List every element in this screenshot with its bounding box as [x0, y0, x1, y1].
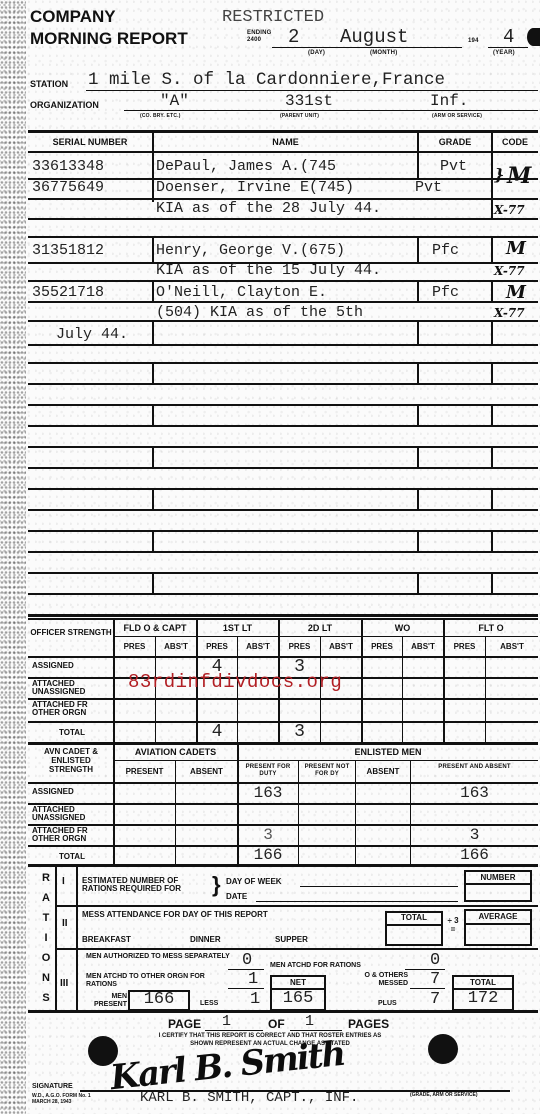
row-label-total: TOTAL [32, 729, 112, 737]
of-label: OF [268, 1017, 285, 1031]
entry-code: M [506, 282, 526, 303]
row-rule [28, 425, 538, 427]
row-rule [28, 236, 538, 238]
section-iii-numeral: III [60, 978, 68, 989]
em-total-present-for-duty: 166 [238, 846, 298, 864]
subheader-present-for-duty: PRESENT FOR DUTY [238, 764, 298, 778]
date-label: DATE [226, 893, 247, 901]
subheader-abst: ABS'T [156, 643, 196, 651]
row-rule [28, 509, 538, 511]
pages-field [290, 1030, 342, 1031]
row-label-assigned: ASSIGNED [32, 788, 112, 796]
section-ii-numeral: II [62, 918, 68, 929]
mess-attendance-label: MESS ATTENDANCE FOR DAY OF THIS REPORT [82, 911, 268, 919]
attached-rations-value: 0 [430, 951, 440, 970]
row-rule [28, 344, 538, 346]
entry-grade: Pfc [432, 284, 459, 301]
page-label: PAGE [168, 1017, 201, 1031]
subheader-present-and-absent: PRESENT AND ABSENT [411, 764, 538, 771]
row-rule [28, 383, 538, 385]
entry-code: M [506, 238, 526, 259]
row-rule [28, 362, 538, 364]
entry-code: M [507, 163, 531, 189]
ending-label: ENDING 2400 [247, 30, 271, 44]
page-value: 1 [222, 1013, 231, 1030]
col-divider [152, 152, 154, 202]
dinner-label: DINNER [190, 936, 221, 944]
organization-arm: Inf. [430, 92, 468, 110]
less-value: 1 [250, 990, 260, 1009]
em-assigned-present-and-absent: 163 [411, 784, 538, 802]
rations-letter: A [42, 888, 50, 908]
rations-letter: I [44, 928, 47, 948]
others-messed-label: O & OTHERS MESSED [340, 972, 408, 988]
col-divider [76, 866, 78, 1012]
enlisted-men-header: ENLISTED MEN [238, 747, 538, 757]
col-header-grade: GRADE [418, 137, 492, 147]
row-rule [28, 446, 538, 448]
group-header: FLD O & CAPT [114, 623, 196, 633]
station-label: STATION [30, 79, 68, 89]
section-rule [28, 742, 538, 745]
row-rule [28, 698, 538, 700]
col-divider [491, 574, 493, 593]
row-label-attached-other: ATTACHED FR OTHER ORGN [32, 827, 112, 843]
signer-name: KARL B. SMITH, CAPT., INF. [140, 1090, 358, 1106]
day-caption: (DAY) [308, 50, 325, 56]
men-present-value: 166 [130, 990, 188, 1009]
rations-letter: O [42, 948, 51, 968]
day-of-week-field [300, 886, 458, 887]
col-divider [152, 131, 154, 152]
col-divider [417, 574, 419, 593]
em-attached-present-and-absent: 3 [411, 826, 538, 844]
col-divider [113, 619, 115, 743]
entry-name: Doenser, Irvine E(745) [156, 179, 354, 196]
subheader-pres: PRES [197, 643, 237, 651]
row-rule [28, 467, 538, 469]
col-divider [491, 238, 493, 262]
col-divider [491, 282, 493, 301]
station-underline [86, 90, 538, 91]
entry-remark: KIA as of the 15 July 44. [156, 262, 381, 279]
col-divider [417, 322, 419, 344]
row-rule [28, 280, 538, 282]
subheader-abst: ABS'T [321, 643, 361, 651]
row-label-attached-other: ATTACHED FR OTHER ORGN [32, 701, 112, 717]
entry-grade: Pfc [432, 242, 459, 259]
col-divider [491, 532, 493, 551]
col-divider [417, 364, 419, 383]
subheader-rule [113, 636, 538, 637]
box-rule [466, 923, 530, 925]
2d-lt-total-pres: 3 [279, 722, 320, 742]
col-divider [152, 574, 154, 593]
row-rule [28, 593, 538, 595]
mess-separately-label: MEN AUTHORIZED TO MESS SEPARATELY [86, 953, 246, 961]
row-rule [55, 905, 538, 907]
serial-number: 36775649 [32, 179, 104, 196]
date-field [256, 901, 458, 902]
report-year: 4 [503, 26, 514, 48]
rations-total-label: TOTAL [454, 979, 512, 987]
rations-letter: T [43, 908, 50, 928]
section-rule [28, 618, 538, 620]
entry-name: O'Neill, Clayton E. [156, 284, 327, 301]
plus-value: 7 [430, 990, 440, 1009]
less-label: LESS [200, 1000, 218, 1008]
col-divider [417, 448, 419, 467]
col-divider [491, 152, 493, 218]
rations-total-value: 172 [454, 989, 512, 1008]
section-rule [28, 864, 538, 867]
form-title-line2: MORNING REPORT [30, 30, 188, 48]
watermark-text: 83rdinfdivdocs.org [128, 671, 342, 693]
brace-icon: } [212, 872, 221, 898]
entry-code: X-77 [494, 203, 525, 217]
row-rule [28, 803, 538, 805]
organization-company: "A" [160, 92, 189, 110]
attached-other-field [228, 988, 264, 989]
net-label: NET [272, 979, 324, 987]
month-caption: (MONTH) [370, 50, 397, 56]
entry-remark: KIA as of the 28 July 44. [156, 200, 381, 217]
enlisted-strength-title: AVN CADET & ENLISTED STRENGTH [30, 747, 112, 774]
section-i-numeral: I [62, 876, 65, 887]
serial-number: 35521718 [32, 284, 104, 301]
mess-separately-value: 0 [242, 951, 252, 970]
col-header-name: NAME [153, 137, 418, 147]
rations-letter: N [42, 968, 50, 988]
row-label-attached-unassigned: ATTACHED UNASSIGNED [32, 806, 112, 822]
col-divider [417, 490, 419, 509]
box-rule [387, 924, 441, 926]
col-divider [152, 364, 154, 383]
col-divider [417, 406, 419, 425]
plus-label: PLUS [378, 1000, 397, 1008]
col-divider [491, 490, 493, 509]
row-label-total: TOTAL [32, 853, 112, 861]
station-value: 1 mile S. of la Cardonniere,France [88, 70, 445, 90]
entry-name: Henry, George V.(675) [156, 242, 345, 259]
scan-edge-noise [0, 0, 26, 1114]
report-day: 2 [288, 26, 299, 48]
organization-label: ORGANIZATION [30, 100, 99, 110]
number-label: NUMBER [466, 874, 530, 882]
subheader-abst: ABS'T [486, 643, 538, 651]
col-divider [491, 131, 493, 152]
col-divider [491, 406, 493, 425]
col-divider [417, 152, 419, 178]
punch-hole-mark [527, 28, 540, 46]
col-divider [417, 131, 419, 152]
form-title-line1: COMPANY [30, 8, 116, 26]
em-attached-present-for-duty: 3 [238, 826, 298, 844]
col-divider [485, 636, 486, 743]
col-divider [152, 448, 154, 467]
signer-caption: (GRADE, ARM OR SERVICE) [410, 1092, 478, 1098]
roster-bottom-rule [28, 614, 538, 617]
organization-underline [124, 110, 538, 111]
aviation-cadets-header: AVIATION CADETS [114, 747, 237, 757]
entry-name: DePaul, James A.(745 [156, 158, 336, 175]
col-divider [361, 619, 363, 743]
average-label: AVERAGE [466, 913, 530, 921]
row-label-assigned: ASSIGNED [32, 662, 112, 670]
group-header: FLT O [444, 623, 538, 633]
col-divider [402, 636, 403, 743]
box-rule [466, 883, 530, 885]
roster-top-rule [28, 130, 538, 133]
col-divider [152, 238, 154, 262]
page-field [205, 1030, 263, 1031]
classification-stamp: RESTRICTED [222, 8, 324, 27]
col-divider [152, 322, 154, 344]
row-rule [28, 572, 538, 574]
century-prefix: 194 [468, 38, 479, 44]
col-header-code: CODE [492, 137, 538, 147]
col-divider [417, 282, 419, 301]
serial-number: 31351812 [32, 242, 104, 259]
attached-rations-label: MEN ATCHD FOR RATIONS [270, 962, 361, 970]
others-messed-value: 7 [430, 970, 440, 989]
arm-caption: (ARM OR SERVICE) [432, 113, 482, 119]
entry-code: X-77 [494, 306, 525, 320]
pages-label: PAGES [348, 1017, 389, 1031]
1st-lt-total-pres: 4 [197, 722, 237, 742]
attached-other-label: MEN ATCHD TO OTHER ORGN FOR RATIONS [86, 973, 236, 989]
subheader-pres: PRES [279, 643, 320, 651]
divide-by-three: ÷ 3 = [446, 916, 460, 934]
row-rule [28, 404, 538, 406]
rations-side-label: R A T I O N S [38, 868, 54, 1008]
row-rule [28, 530, 538, 532]
subheader-rule [113, 760, 538, 761]
row-rule [28, 488, 538, 490]
col-divider [152, 282, 154, 301]
parent-unit-caption: (PARENT UNIT) [280, 113, 319, 119]
subheader-present-not-for-duty: PRESENT NOT FOR DY [299, 764, 355, 778]
subheader-absent: ABSENT [356, 768, 410, 776]
rations-letter: R [42, 868, 50, 888]
group-header: 2D LT [279, 623, 361, 633]
group-header: WO [362, 623, 443, 633]
col-header-serial: SERIAL NUMBER [30, 137, 150, 147]
entry-code: X-77 [494, 264, 525, 278]
col-divider [152, 490, 154, 509]
net-value: 165 [272, 989, 324, 1008]
em-total-present-and-absent: 166 [411, 846, 538, 864]
col-divider [491, 322, 493, 344]
entry-grade: Pvt [415, 179, 442, 196]
subheader-abst: ABS'T [238, 643, 278, 651]
signature-label: SIGNATURE [32, 1083, 73, 1090]
mess-total-label: TOTAL [387, 914, 441, 922]
entry-remark: (504) KIA as of the 5th [156, 304, 363, 321]
rations-letter: S [42, 988, 49, 1008]
men-present-label: MEN PRESENT [82, 993, 127, 1009]
col-divider [152, 406, 154, 425]
col-divider [417, 532, 419, 551]
entry-grade: Pvt [440, 158, 467, 175]
estimated-rations-label: ESTIMATED NUMBER OF RATIONS REQUIRED FOR [82, 877, 212, 893]
subheader-present: PRESENT [114, 768, 175, 776]
col-divider [491, 364, 493, 383]
company-caption: (CO. BRY. ETC.) [140, 113, 181, 119]
form-number-label: W.D., A.G.O. FORM No. 1 MARCH 28, 1943 [32, 1093, 92, 1105]
report-month: August [340, 26, 408, 48]
organization-parent-unit: 331st [285, 92, 333, 110]
attached-other-value: 1 [248, 970, 258, 989]
subheader-absent: ABSENT [176, 768, 237, 776]
row-rule [28, 218, 538, 220]
subheader-pres: PRES [362, 643, 402, 651]
subheader-abst: ABS'T [403, 643, 443, 651]
col-divider [152, 532, 154, 551]
group-header: 1ST LT [197, 623, 278, 633]
breakfast-label: BREAKFAST [82, 936, 131, 944]
col-divider [443, 619, 445, 743]
serial-number: 33613348 [32, 158, 104, 175]
year-caption: (YEAR) [493, 50, 515, 56]
day-of-week-label: DAY OF WEEK [226, 878, 282, 886]
row-rule [28, 551, 538, 553]
subheader-pres: PRES [114, 643, 155, 651]
officer-strength-title: OFFICER STRENGTH [30, 628, 112, 637]
em-assigned-present-for-duty: 163 [238, 784, 298, 802]
subheader-pres: PRES [444, 643, 485, 651]
col-divider [491, 448, 493, 467]
row-rule [28, 301, 538, 303]
row-rule [55, 948, 538, 950]
supper-label: SUPPER [275, 936, 308, 944]
row-label-attached-unassigned: ATTACHED UNASSIGNED [32, 680, 112, 696]
roster-header-rule [28, 151, 538, 153]
brace-icon: } [494, 160, 504, 190]
pages-value: 1 [305, 1013, 314, 1030]
col-divider [55, 866, 57, 1012]
entry-remark-continued: July 44. [56, 326, 128, 343]
punch-hole-right [428, 1034, 458, 1064]
col-divider [417, 238, 419, 262]
